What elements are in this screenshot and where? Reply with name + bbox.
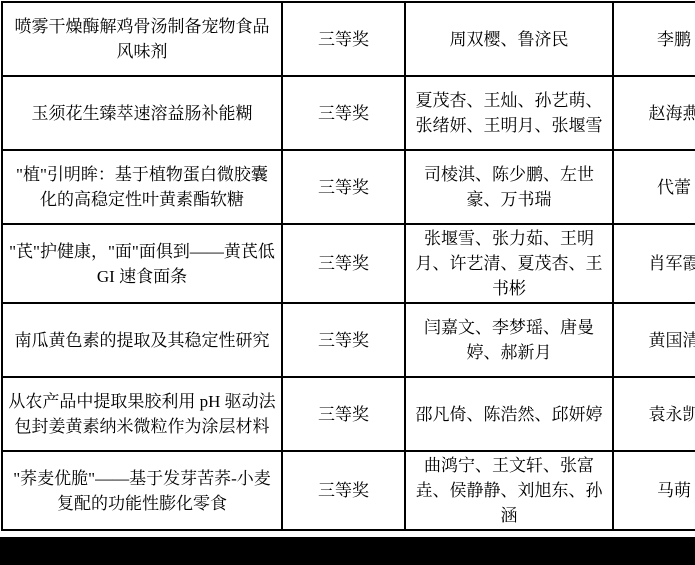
award-cell: 三等奖 [282,224,405,303]
members-cell: 司棱淇、陈少鹏、左世豪、万书瑞 [405,150,613,224]
advisor-cell: 黄国清 [613,303,695,377]
project-cell: "荞麦优脆"——基于发芽苦荞-小麦复配的功能性膨化零食 [2,451,282,530]
project-cell: "植"引明眸：基于植物蛋白微胶囊化的高稳定性叶黄素酯软糖 [2,150,282,224]
award-cell: 三等奖 [282,150,405,224]
project-cell: 喷雾干燥酶解鸡骨汤制备宠物食品风味剂 [2,2,282,76]
members-cell: 夏茂杏、王灿、孙艺萌、张绪妍、王明月、张堰雪 [405,76,613,150]
table-row: "植"引明眸：基于植物蛋白微胶囊化的高稳定性叶黄素酯软糖 三等奖 司棱淇、陈少鹏… [2,150,695,224]
members-cell: 张堰雪、张力茹、王明月、许艺清、夏茂杏、王书彬 [405,224,613,303]
table-row: "荞麦优脆"——基于发芽苦荞-小麦复配的功能性膨化零食 三等奖 曲鸿宁、王文轩、… [2,451,695,530]
table-row: 喷雾干燥酶解鸡骨汤制备宠物食品风味剂 三等奖 周双樱、鲁济民 李鹏 [2,2,695,76]
award-cell: 三等奖 [282,303,405,377]
table-row: 玉须花生臻萃速溶益肠补能糊 三等奖 夏茂杏、王灿、孙艺萌、张绪妍、王明月、张堰雪… [2,76,695,150]
award-cell: 三等奖 [282,76,405,150]
award-cell: 三等奖 [282,377,405,451]
award-cell: 三等奖 [282,451,405,530]
advisor-cell: 马萌 [613,451,695,530]
table-sheet: 喷雾干燥酶解鸡骨汤制备宠物食品风味剂 三等奖 周双樱、鲁济民 李鹏 玉须花生臻萃… [0,0,695,537]
advisor-cell: 袁永凯 [613,377,695,451]
members-cell: 曲鸿宁、王文轩、张富垚、侯静静、刘旭东、孙涵 [405,451,613,530]
advisor-cell: 李鹏 [613,2,695,76]
project-cell: 从农产品中提取果胶利用 pH 驱动法包封姜黄素纳米微粒作为涂层材料 [2,377,282,451]
advisor-cell: 赵海燕 [613,76,695,150]
advisor-cell: 肖军霞 [613,224,695,303]
award-results-table: 喷雾干燥酶解鸡骨汤制备宠物食品风味剂 三等奖 周双樱、鲁济民 李鹏 玉须花生臻萃… [1,1,695,531]
bottom-black-band [0,537,695,565]
table-row: 从农产品中提取果胶利用 pH 驱动法包封姜黄素纳米微粒作为涂层材料 三等奖 邵凡… [2,377,695,451]
members-cell: 邵凡倚、陈浩然、邱妍婷 [405,377,613,451]
project-cell: "芪"护健康，"面"面俱到——黄芪低 GI 速食面条 [2,224,282,303]
table-row: "芪"护健康，"面"面俱到——黄芪低 GI 速食面条 三等奖 张堰雪、张力茹、王… [2,224,695,303]
members-cell: 闫嘉文、李梦瑶、唐曼婷、郝新月 [405,303,613,377]
document-page: 喷雾干燥酶解鸡骨汤制备宠物食品风味剂 三等奖 周双樱、鲁济民 李鹏 玉须花生臻萃… [0,0,695,565]
project-cell: 玉须花生臻萃速溶益肠补能糊 [2,76,282,150]
members-cell: 周双樱、鲁济民 [405,2,613,76]
award-cell: 三等奖 [282,2,405,76]
table-row: 南瓜黄色素的提取及其稳定性研究 三等奖 闫嘉文、李梦瑶、唐曼婷、郝新月 黄国清 [2,303,695,377]
project-cell: 南瓜黄色素的提取及其稳定性研究 [2,303,282,377]
advisor-cell: 代蕾 [613,150,695,224]
